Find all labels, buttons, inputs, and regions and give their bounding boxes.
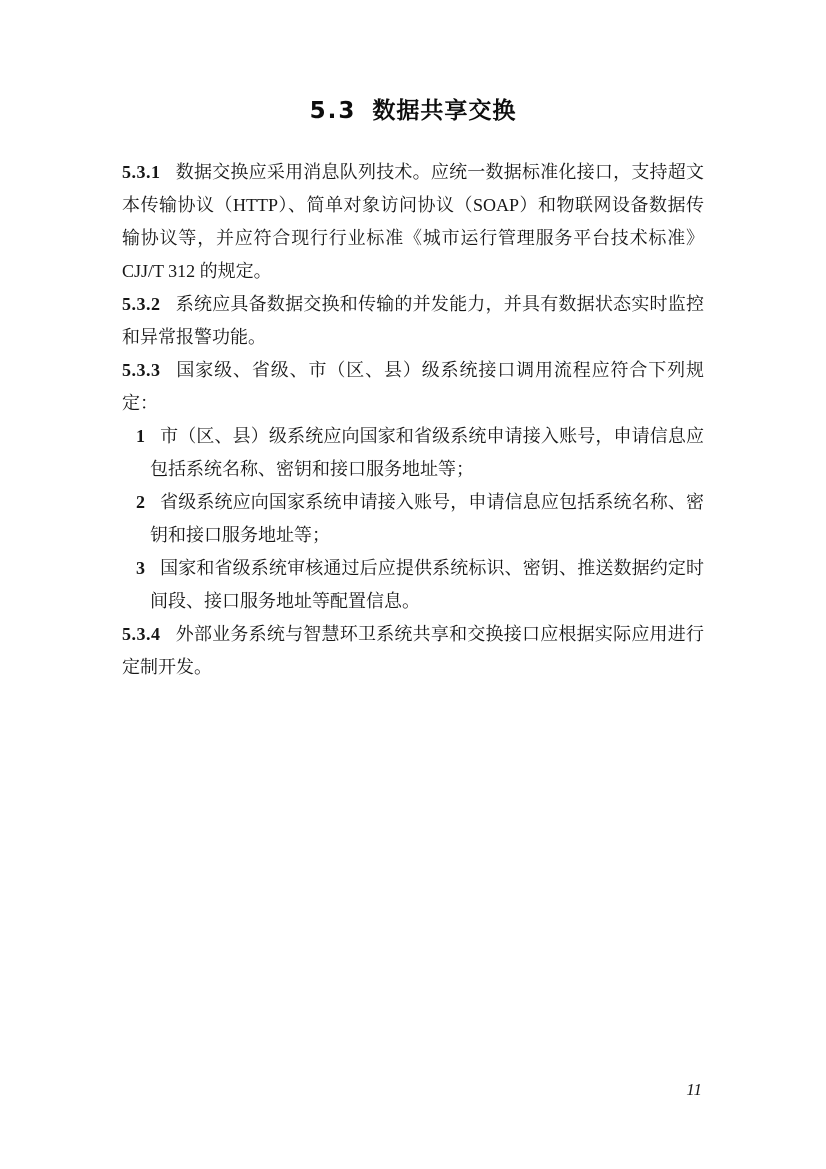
clause-number: 5.3.1 bbox=[122, 162, 161, 182]
list-item-text: 国家和省级系统审核通过后应提供系统标识、密钥、推送数据约定时间段、接口服务地址等… bbox=[150, 558, 704, 611]
clause-number: 5.3.2 bbox=[122, 294, 161, 314]
list-item-number: 3 bbox=[136, 552, 160, 585]
clause-text: 国家级、省级、市（区、县）级系统接口调用流程应符合下列规定： bbox=[122, 360, 704, 413]
clause-5-3-3: 5.3.3国家级、省级、市（区、县）级系统接口调用流程应符合下列规定： bbox=[122, 354, 704, 420]
page-number: 11 bbox=[686, 1080, 702, 1100]
clause-5-3-2: 5.3.2系统应具备数据交换和传输的并发能力，并具有数据状态实时监控和异常报警功… bbox=[122, 288, 704, 354]
list-item-2: 2省级系统应向国家系统申请接入账号，申请信息应包括系统名称、密钥和接口服务地址等… bbox=[122, 486, 704, 552]
clause-5-3-4: 5.3.4外部业务系统与智慧环卫系统共享和交换接口应根据实际应用进行定制开发。 bbox=[122, 618, 704, 684]
document-page: 5.3数据共享交换 5.3.1数据交换应采用消息队列技术。应统一数据标准化接口，… bbox=[0, 0, 826, 1169]
list-item-3: 3国家和省级系统审核通过后应提供系统标识、密钥、推送数据约定时间段、接口服务地址… bbox=[122, 552, 704, 618]
clause-number: 5.3.4 bbox=[122, 624, 161, 644]
document-body: 5.3.1数据交换应采用消息队列技术。应统一数据标准化接口，支持超文本传输协议（… bbox=[122, 156, 704, 684]
section-heading-number: 5.3 bbox=[310, 98, 357, 124]
section-heading-title: 数据共享交换 bbox=[372, 97, 516, 123]
clause-5-3-1: 5.3.1数据交换应采用消息队列技术。应统一数据标准化接口，支持超文本传输协议（… bbox=[122, 156, 704, 288]
clause-number: 5.3.3 bbox=[122, 360, 161, 380]
list-item-1: 1市（区、县）级系统应向国家和省级系统申请接入账号，申请信息应包括系统名称、密钥… bbox=[122, 420, 704, 486]
clause-text: 系统应具备数据交换和传输的并发能力，并具有数据状态实时监控和异常报警功能。 bbox=[122, 294, 704, 347]
list-item-text: 市（区、县）级系统应向国家和省级系统申请接入账号，申请信息应包括系统名称、密钥和… bbox=[150, 426, 704, 479]
list-item-text: 省级系统应向国家系统申请接入账号，申请信息应包括系统名称、密钥和接口服务地址等； bbox=[150, 492, 704, 545]
list-item-number: 1 bbox=[136, 420, 160, 453]
clause-text: 外部业务系统与智慧环卫系统共享和交换接口应根据实际应用进行定制开发。 bbox=[122, 624, 704, 677]
section-heading: 5.3数据共享交换 bbox=[0, 92, 826, 129]
list-item-number: 2 bbox=[136, 486, 160, 519]
clause-text: 数据交换应采用消息队列技术。应统一数据标准化接口，支持超文本传输协议（HTTP）… bbox=[122, 162, 704, 281]
